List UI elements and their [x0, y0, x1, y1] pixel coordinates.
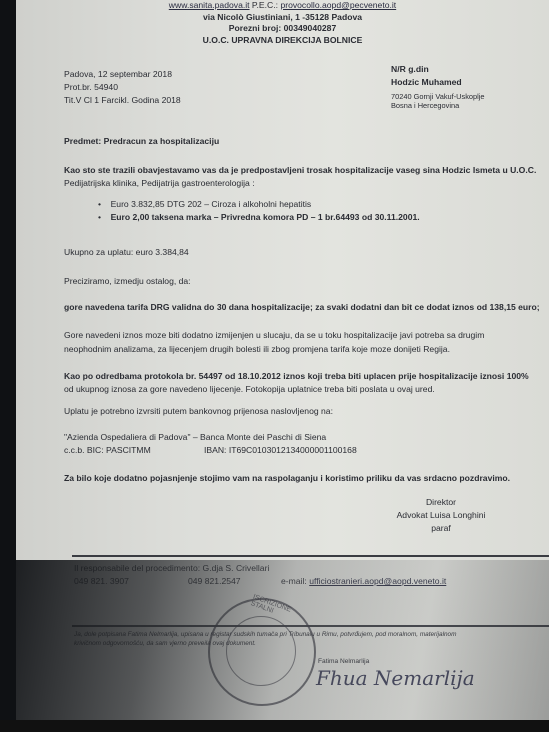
- bank-bic: c.c.b. BIC: PASCITMM: [64, 445, 151, 456]
- footer-phone-2: 049 821.2547: [188, 576, 241, 587]
- website-link[interactable]: www.sanita.padova.it: [169, 0, 250, 10]
- payment-intro: Uplatu je potrebno izvrsiti putem bankov…: [64, 406, 333, 417]
- total-amount: Ukupno za uplatu: euro 3.384,84: [64, 247, 189, 258]
- change-note-line-1: Gore navedeni iznos moze biti dodatno iz…: [64, 330, 484, 341]
- specify-line: Preciziramo, izmedju ostalog, da:: [64, 276, 191, 287]
- bank-beneficiary: "Azienda Ospedaliera di Padova" – Banca …: [64, 432, 326, 443]
- translator-stamp: ISCRIZIONE STALNI: [208, 598, 316, 706]
- intro-line-1: Kao sto ste trazili obavjestavamo vas da…: [64, 165, 536, 176]
- pec-email-link[interactable]: provocollo.aopd@pecveneto.it: [280, 0, 396, 10]
- footer-email-label: e-mail:: [281, 576, 307, 586]
- bullet-icon: •: [98, 199, 111, 209]
- pec-label: P.E.C.:: [252, 0, 278, 10]
- signatory-note: paraf: [371, 523, 511, 534]
- footer-email-row: e-mail: ufficiostranieri.aopd@aopd.venet…: [281, 576, 446, 587]
- change-note-line-2: neophodnim analizama, za lijecenjem drug…: [64, 344, 450, 355]
- stamp-inner-ring: [226, 616, 296, 686]
- letterhead: www.sanita.padova.it P.E.C.: provocollo.…: [16, 0, 549, 46]
- letterhead-web-line: www.sanita.padova.it P.E.C.: provocollo.…: [16, 0, 549, 12]
- document-page: www.sanita.padova.it P.E.C.: provocollo.…: [16, 0, 549, 732]
- tariff-note: gore navedena tarifa DRG validna do 30 d…: [64, 302, 540, 313]
- letterhead-department: U.O.C. UPRAVNA DIREKCIJA BOLNICE: [16, 35, 549, 47]
- intro-line-2: Pedijatrijska klinika, Pedijatrija gastr…: [64, 178, 255, 189]
- translator-signature: Fhua Nemarlija: [316, 666, 475, 690]
- cost-item-text: Euro 2,00 taksena marka – Privredna komo…: [111, 212, 420, 222]
- place-date: Padova, 12 septembar 2018: [64, 69, 172, 80]
- subject-line: Predmet: Predracun za hospitalizaciju: [64, 136, 219, 147]
- signatory-title: Direktor: [371, 497, 511, 508]
- letterhead-tax-number: Porezni broj: 00349040287: [16, 23, 549, 35]
- cost-item-text: Euro 3.832,85 DTG 202 – Ciroza i alkohol…: [111, 199, 312, 209]
- protocol-note-line-2: od ukupnog iznosa za gore navedeno lijec…: [64, 384, 435, 395]
- protocol-number: Prot.br. 54940: [64, 82, 118, 93]
- cost-item: • Euro 2,00 taksena marka – Privredna ko…: [98, 212, 420, 223]
- recipient-salutation: N/R g.din: [391, 64, 429, 75]
- classification: Tit.V Cl 1 Farcikl. Godina 2018: [64, 95, 181, 106]
- footer-divider: [72, 555, 549, 557]
- photo-bottom-edge: [0, 720, 549, 732]
- footer-email-link[interactable]: ufficiostranieri.aopd@aopd.veneto.it: [309, 576, 446, 586]
- footer-phone-1: 049 821. 3907: [74, 576, 129, 587]
- recipient-city: 70240 Gornji Vakuf-Uskoplje: [391, 92, 485, 101]
- recipient-country: Bosna i Hercegovina: [391, 101, 459, 110]
- bank-iban: IBAN: IT69C0103012134000001100168: [204, 445, 357, 456]
- recipient-name: Hodzic Muhamed: [391, 77, 462, 88]
- protocol-note-line-1: Kao po odredbama protokola br. 54497 od …: [64, 371, 529, 382]
- cost-item: • Euro 3.832,85 DTG 202 – Ciroza i alkoh…: [98, 199, 311, 210]
- closing-line: Za bilo koje dodatno pojasnjenje stojimo…: [64, 473, 510, 484]
- footer-responsible: Il responsabile del procedimento: G.dja …: [74, 563, 269, 574]
- letterhead-address: via Nicolò Giustiniani, 1 -35128 Padova: [16, 12, 549, 24]
- bullet-icon: •: [98, 212, 111, 222]
- signatory-name: Advokat Luisa Longhini: [371, 510, 511, 521]
